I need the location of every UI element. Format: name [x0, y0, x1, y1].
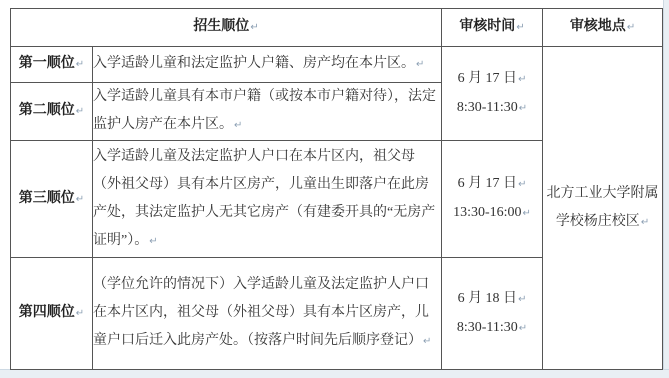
- time-slot-3-date: 6 月 18 日: [458, 291, 518, 306]
- priority-1-description-cell: 入学适龄儿童和法定监护人户籍、房产均在本片区。↵: [93, 47, 442, 83]
- paragraph-mark-icon: ↵: [516, 22, 524, 33]
- time-slot-3-time: 8:30-11:30: [457, 320, 518, 335]
- time-slot-1-date: 6 月 17 日: [458, 71, 518, 86]
- priority-4-cell: 第四顺位↵: [11, 258, 93, 370]
- time-slot-2-time: 13:30-16:00: [453, 205, 521, 220]
- table-row: 第一顺位↵ 入学适龄儿童和法定监护人户籍、房产均在本片区。↵ 6 月 17 日↵…: [11, 47, 663, 83]
- paragraph-mark-icon: ↵: [523, 208, 531, 219]
- review-location-cell: 北方工业大学附属学校杨庄校区↵: [543, 47, 663, 370]
- header-review-place-label: 审核地点: [570, 19, 626, 34]
- time-slot-1-time-line: 8:30-11:30↵: [442, 94, 542, 123]
- time-slot-1-date-line: 6 月 17 日↵: [442, 65, 542, 94]
- paragraph-mark-icon: ↵: [627, 22, 635, 33]
- time-slot-3-cell: 6 月 18 日↵ 8:30-11:30↵: [442, 258, 543, 370]
- time-slot-3-date-line: 6 月 18 日↵: [442, 285, 542, 314]
- priority-2-label: 第二顺位: [19, 103, 75, 118]
- paragraph-mark-icon: ↵: [76, 59, 84, 70]
- time-slot-2-date: 6 月 17 日: [458, 176, 518, 191]
- time-slot-1-time: 8:30-11:30: [457, 100, 518, 115]
- header-enrollment-priority-label: 招生顺位: [193, 19, 249, 34]
- priority-2-description-cell: 入学适龄儿童具有本市户籍（或按本市户籍对待），法定监护人房产在本片区。↵: [93, 83, 442, 141]
- priority-4-description-cell: （学位允许的情况下）入学适龄儿童及法定监护人户口在本片区内，祖父母（外祖父母）具…: [93, 258, 442, 370]
- paragraph-mark-icon: ↵: [518, 179, 526, 190]
- header-review-place: 审核地点↵: [543, 9, 663, 47]
- paragraph-mark-icon: ↵: [76, 308, 84, 319]
- paragraph-mark-icon: ↵: [518, 294, 526, 305]
- priority-3-cell: 第三顺位↵: [11, 141, 93, 258]
- page-edge-bottom: [0, 369, 669, 378]
- paragraph-mark-icon: ↵: [76, 194, 84, 205]
- table-header-row: 招生顺位↵ 审核时间↵ 审核地点↵: [11, 9, 663, 47]
- paragraph-mark-icon: ↵: [641, 217, 649, 228]
- priority-2-description: 入学适龄儿童具有本市户籍（或按本市户籍对待），法定监护人房产在本片区。: [93, 89, 436, 132]
- time-slot-1-cell: 6 月 17 日↵ 8:30-11:30↵: [442, 47, 543, 141]
- paragraph-mark-icon: ↵: [423, 336, 431, 347]
- priority-2-cell: 第二顺位↵: [11, 83, 93, 141]
- paragraph-mark-icon: ↵: [518, 74, 526, 85]
- priority-4-description: （学位允许的情况下）入学适龄儿童及法定监护人户口在本片区内，祖父母（外祖父母）具…: [93, 277, 429, 348]
- priority-1-label: 第一顺位: [19, 56, 75, 71]
- header-enrollment-priority: 招生顺位↵: [11, 9, 442, 47]
- enrollment-priority-table: 招生顺位↵ 审核时间↵ 审核地点↵ 第一顺位↵ 入学适龄儿童和法定监护人户籍、房…: [10, 8, 663, 370]
- priority-1-description: 入学适龄儿童和法定监护人户籍、房产均在本片区。: [93, 56, 415, 71]
- time-slot-2-date-line: 6 月 17 日↵: [442, 170, 542, 199]
- paragraph-mark-icon: ↵: [519, 323, 527, 334]
- paragraph-mark-icon: ↵: [149, 236, 157, 247]
- paragraph-mark-icon: ↵: [250, 22, 258, 33]
- priority-4-label: 第四顺位: [19, 305, 75, 320]
- paragraph-mark-icon: ↵: [519, 103, 527, 114]
- priority-3-description-cell: 入学适龄儿童及法定监护人户口在本片区内，祖父母（外祖父母）具有本片区房产，儿童出…: [93, 141, 442, 258]
- paragraph-mark-icon: ↵: [416, 59, 424, 70]
- header-review-time-label: 审核时间: [459, 19, 515, 34]
- paragraph-mark-icon: ↵: [234, 120, 242, 131]
- header-review-time: 审核时间↵: [442, 9, 543, 47]
- time-slot-2-cell: 6 月 17 日↵ 13:30-16:00↵: [442, 141, 543, 258]
- priority-3-description: 入学适龄儿童及法定监护人户口在本片区内，祖父母（外祖父母）具有本片区房产，儿童出…: [93, 149, 435, 248]
- paragraph-mark-icon: ↵: [76, 106, 84, 117]
- time-slot-2-time-line: 13:30-16:00↵: [442, 199, 542, 228]
- priority-3-label: 第三顺位: [19, 191, 75, 206]
- page-edge-right: [663, 0, 669, 378]
- time-slot-3-time-line: 8:30-11:30↵: [442, 314, 542, 343]
- priority-1-cell: 第一顺位↵: [11, 47, 93, 83]
